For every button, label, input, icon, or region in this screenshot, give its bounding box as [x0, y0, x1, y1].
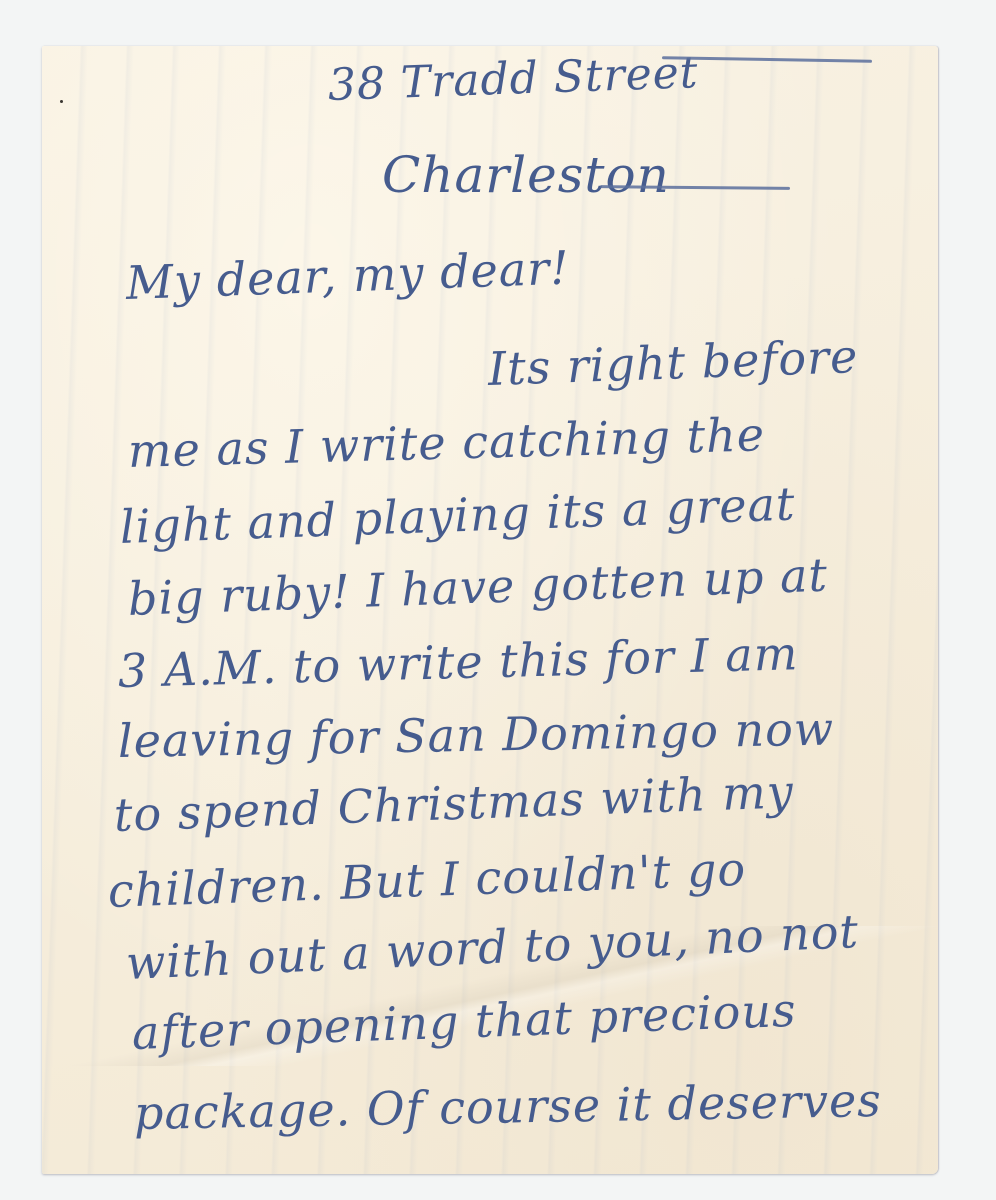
body-line-5: 3 A.M. to write this for I am [117, 626, 799, 698]
body-line-1: Its right before [487, 329, 859, 396]
body-line-11: package. Of course it deserves [134, 1073, 883, 1140]
body-line-7: to spend Christmas with my [113, 764, 795, 842]
body-line-8: children. But I couldn't go [107, 842, 747, 918]
address-city: Charleston [382, 146, 670, 204]
body-line-2: me as I write catching the [127, 407, 765, 478]
body-line-9: with out a word to you, no not [125, 904, 860, 990]
body-line-6: leaving for San Domingo now [118, 702, 835, 768]
address-street: 38 Tradd Street [327, 47, 699, 111]
body-line-10: after opening that precious [131, 983, 797, 1060]
body-line-3: light and playing its a great [119, 476, 796, 554]
salutation: My dear, my dear! [125, 241, 570, 310]
ink-speck [60, 100, 63, 103]
letter-paper: 38 Tradd Street Charleston My dear, my d… [42, 46, 938, 1174]
body-line-4: big ruby! I have gotten up at [127, 548, 829, 626]
